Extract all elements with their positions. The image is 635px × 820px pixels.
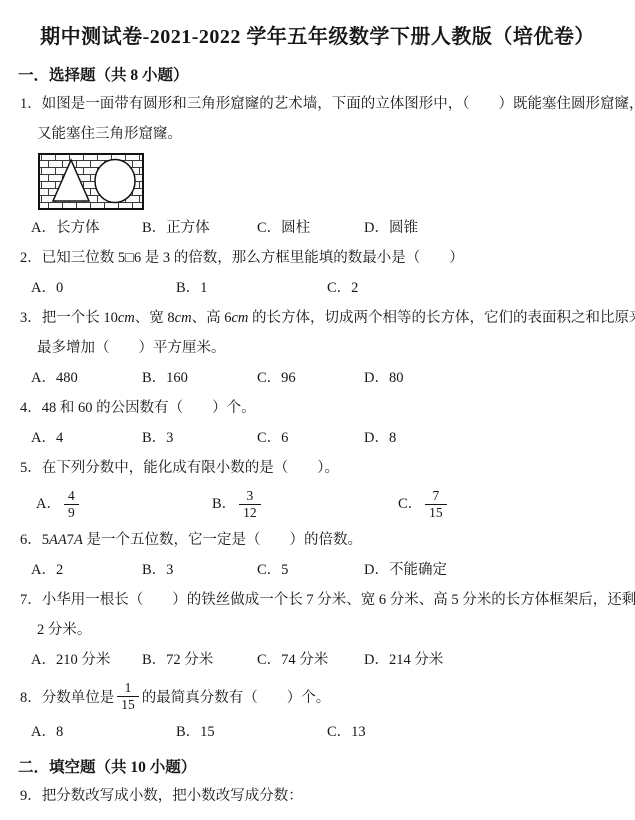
fraction-denominator: 15 — [425, 504, 447, 521]
text-run: 7 — [67, 532, 74, 548]
option-a: A．480 — [31, 363, 142, 393]
option-c: C． 7 15 — [398, 483, 635, 525]
option-a: A．8 — [31, 717, 176, 747]
text-run: 、高 6 — [192, 310, 232, 326]
option-b: B．3 — [142, 423, 257, 453]
option-b: B．正方体 — [142, 213, 257, 243]
option-a: A．0 — [31, 273, 176, 303]
option-c: C．圆柱 — [257, 213, 364, 243]
section-header-choice: 一．选择题（共 8 小题） — [0, 62, 635, 89]
text-run: 3．把一个长 10 — [20, 310, 118, 326]
text-run: 、宽 8 — [135, 310, 175, 326]
question-2-text: 2．已知三位数 5□6 是 3 的倍数，那么方框里能填的数最小是（ ） — [0, 243, 635, 273]
question-3-options: A．480 B．160 C．96 D．80 — [0, 363, 635, 393]
fraction-denominator: 12 — [239, 504, 261, 521]
fraction: 3 12 — [239, 488, 261, 520]
math-variable: cm — [231, 310, 248, 326]
fraction-numerator: 4 — [64, 488, 79, 504]
question-1-text-line-1: 1．如图是一面带有圆形和三角形窟窿的艺术墙，下面的立体图形中，（ ）既能塞住圆形… — [0, 89, 635, 119]
option-c: C．6 — [257, 423, 364, 453]
fraction-denominator: 15 — [117, 696, 139, 713]
question-1-options: A．长方体 B．正方体 C．圆柱 D．圆锥 — [0, 213, 635, 243]
fraction-numerator: 7 — [425, 488, 447, 504]
question-1: 1．如图是一面带有圆形和三角形窟窿的艺术墙，下面的立体图形中，（ ）既能塞住圆形… — [0, 89, 635, 243]
math-variable: cm — [118, 310, 135, 326]
option-label: A． — [36, 489, 61, 519]
option-c: C．13 — [327, 717, 635, 747]
option-c: C．2 — [327, 273, 635, 303]
text-run: 6．5 — [20, 532, 49, 548]
option-d: D．8 — [364, 423, 635, 453]
question-2: 2．已知三位数 5□6 是 3 的倍数，那么方框里能填的数最小是（ ） A．0 … — [0, 243, 635, 303]
page-title: 期中测试卷-2021-2022 学年五年级数学下册人教版（培优卷） — [0, 0, 635, 49]
fraction: 7 15 — [425, 488, 447, 520]
option-a: A．210 分米 — [31, 645, 142, 675]
question-9-text: 9．把分数改写成小数，把小数改写成分数： — [0, 781, 635, 811]
question-6-text: 6．5AA7A 是一个五位数，它一定是（ ）的倍数。 — [0, 525, 635, 555]
question-4-options: A．4 B．3 C．6 D．8 — [0, 423, 635, 453]
question-3: 3．把一个长 10cm、宽 8cm、高 6cm 的长方体，切成两个相等的长方体，… — [0, 303, 635, 393]
option-b: B．72 分米 — [142, 645, 257, 675]
fraction-denominator: 9 — [64, 504, 79, 521]
question-1-text-line-2: 又能塞住三角形窟窿。 — [0, 119, 635, 149]
brick-wall-image — [38, 153, 144, 210]
option-a: A．长方体 — [31, 213, 142, 243]
question-3-text-line-2: 最多增加（ ）平方厘米。 — [0, 333, 635, 363]
option-label: B． — [212, 489, 236, 519]
option-label: C． — [398, 489, 422, 519]
option-d: D．圆锥 — [364, 213, 635, 243]
question-5: 5．在下列分数中，能化成有限小数的是（ ）。 A． 4 9 B． 3 12 C． — [0, 453, 635, 525]
text-run: 8．分数单位是 — [20, 686, 114, 707]
question-8-options: A．8 B．15 C．13 — [0, 717, 635, 747]
question-7-options: A．210 分米 B．72 分米 C．74 分米 D．214 分米 — [0, 645, 635, 675]
math-variable: AA — [49, 532, 67, 548]
question-8: 8．分数单位是 1 15 的最简真分数有（ ）个。 A．8 B．15 C．13 — [0, 675, 635, 747]
text-run: 的长方体，切成两个相等的长方体，它们的表面积之和比原来 — [248, 310, 635, 326]
question-2-options: A．0 B．1 C．2 — [0, 273, 635, 303]
question-6-options: A．2 B．3 C．5 D．不能确定 — [0, 555, 635, 585]
option-b: B．1 — [176, 273, 327, 303]
text-run: 的最简真分数有（ ）个。 — [142, 686, 331, 707]
question-4: 4．48 和 60 的公因数有（ ）个。 A．4 B．3 C．6 D．8 — [0, 393, 635, 453]
question-5-text: 5．在下列分数中，能化成有限小数的是（ ）。 — [0, 453, 635, 483]
option-b: B．15 — [176, 717, 327, 747]
fraction: 1 15 — [117, 680, 139, 712]
section-header-fill-blank: 二．填空题（共 10 小题） — [0, 754, 635, 781]
circle-hole — [95, 160, 135, 203]
option-c: C．5 — [257, 555, 364, 585]
question-4-text: 4．48 和 60 的公因数有（ ）个。 — [0, 393, 635, 423]
option-d: D．不能确定 — [364, 555, 635, 585]
option-a: A．4 — [31, 423, 142, 453]
question-7: 7．小华用一根长（ ）的铁丝做成一个长 7 分米、宽 6 分米、高 5 分米的长… — [0, 585, 635, 675]
fraction-numerator: 3 — [239, 488, 261, 504]
option-b: B．3 — [142, 555, 257, 585]
option-a: A． 4 9 — [36, 483, 212, 525]
question-8-text: 8．分数单位是 1 15 的最简真分数有（ ）个。 — [0, 675, 635, 717]
option-d: D．214 分米 — [364, 645, 635, 675]
fraction-numerator: 1 — [117, 680, 139, 696]
math-variable: A — [74, 532, 83, 548]
question-9: 9．把分数改写成小数，把小数改写成分数： — [0, 781, 635, 811]
option-b: B． 3 12 — [212, 483, 398, 525]
brick-wall-figure — [38, 153, 144, 210]
question-5-options: A． 4 9 B． 3 12 C． 7 15 — [0, 483, 635, 525]
fraction: 4 9 — [64, 488, 79, 520]
math-variable: cm — [175, 310, 192, 326]
question-7-text-line-1: 7．小华用一根长（ ）的铁丝做成一个长 7 分米、宽 6 分米、高 5 分米的长… — [0, 585, 635, 615]
question-7-text-line-2: 2 分米。 — [0, 615, 635, 645]
text-run: 是一个五位数，它一定是（ ）的倍数。 — [83, 532, 362, 548]
option-d: D．80 — [364, 363, 635, 393]
test-paper-page: 期中测试卷-2021-2022 学年五年级数学下册人教版（培优卷） 一．选择题（… — [0, 0, 635, 820]
question-3-text-line-1: 3．把一个长 10cm、宽 8cm、高 6cm 的长方体，切成两个相等的长方体，… — [0, 303, 635, 333]
question-6: 6．5AA7A 是一个五位数，它一定是（ ）的倍数。 A．2 B．3 C．5 D… — [0, 525, 635, 585]
option-b: B．160 — [142, 363, 257, 393]
option-c: C．74 分米 — [257, 645, 364, 675]
option-c: C．96 — [257, 363, 364, 393]
option-a: A．2 — [31, 555, 142, 585]
